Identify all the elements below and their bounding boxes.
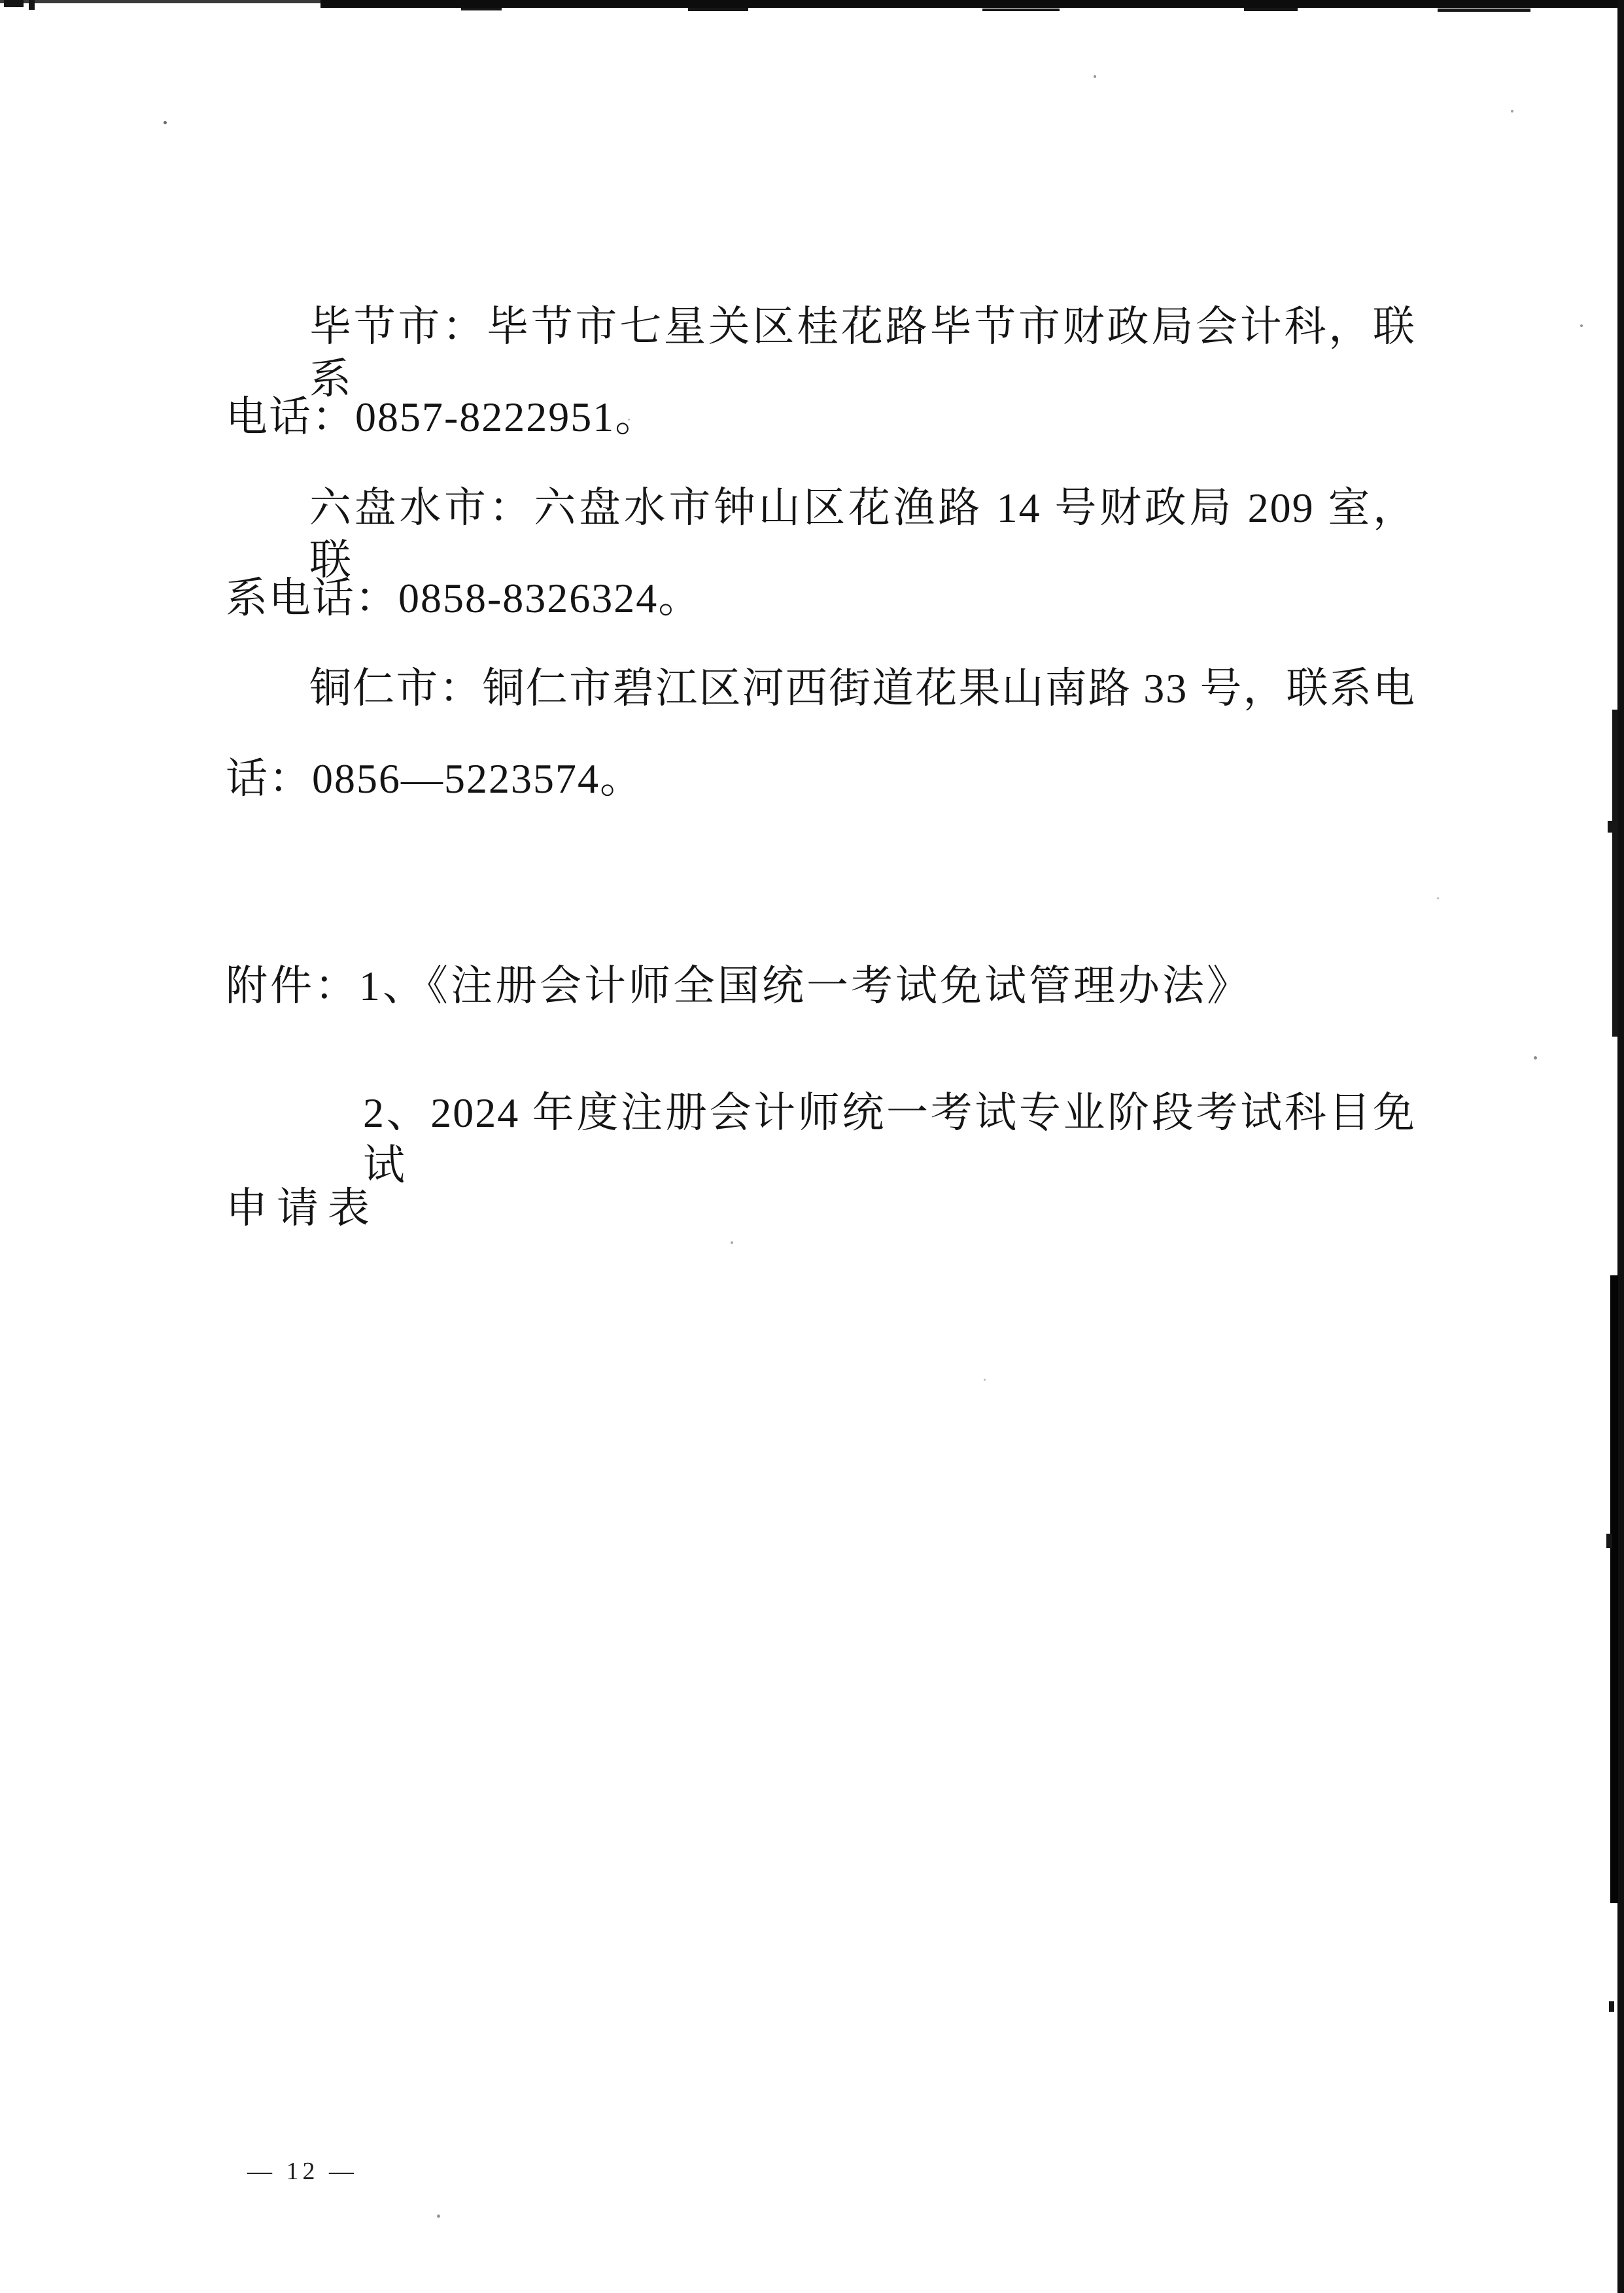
line-attachment-1: 附件：1、《注册会计师全国统一考试免试管理办法》	[226, 960, 1251, 1012]
scan-artifact-right-edge-tick	[1609, 2001, 1614, 2012]
scan-speck	[984, 1379, 986, 1381]
footer-page-number: — 12 —	[247, 2157, 358, 2186]
scan-artifact-top-notch	[688, 8, 748, 11]
scan-artifact-right-edge-blob	[1612, 710, 1618, 1037]
scan-artifact-top-notch	[461, 8, 502, 10]
scan-speck	[164, 121, 167, 124]
scan-artifact-top-notch	[1244, 8, 1298, 11]
scan-speck	[1437, 897, 1439, 899]
scan-artifact-top-notch	[982, 9, 1060, 11]
scan-artifact-top-left-mark	[4, 0, 24, 7]
scan-speck	[437, 2215, 440, 2218]
scan-artifact-right-edge-line	[1617, 0, 1624, 2293]
line-bijie-phone: 电话：0857-8222951。	[226, 391, 658, 443]
line-bijie-address: 毕节市：毕节市七星关区桂花路毕节市财政局会计科，联系	[226, 301, 1416, 405]
line-attachment-2-cont: 申请表	[226, 1182, 379, 1235]
scan-artifact-top-edge-thick	[320, 0, 1624, 8]
scan-speck	[731, 1241, 733, 1244]
line-liupanshui-phone: 系电话：0858-8326324。	[226, 572, 701, 625]
line-tongren-phone: 话：0856—5223574。	[226, 753, 643, 805]
scan-speck	[1094, 75, 1096, 78]
scan-speck	[1511, 110, 1513, 112]
scan-artifact-right-edge-blob	[1610, 1275, 1618, 1903]
line-tongren-address: 铜仁市：铜仁市碧江区河西街道花果山南路 33 号，联系电	[226, 663, 1416, 715]
scan-speck	[1580, 324, 1583, 327]
scan-artifact-top-notch	[1438, 9, 1530, 12]
line-attachment-2: 2、2024 年度注册会计师统一考试专业阶段考试科目免试	[363, 1087, 1416, 1192]
scan-artifact-right-edge-tick	[1606, 1534, 1612, 1548]
scan-artifact-right-edge-tick	[1608, 821, 1613, 833]
scan-artifact-top-left-mark	[29, 0, 35, 10]
scan-speck	[1534, 1056, 1537, 1060]
line-liupanshui-address: 六盘水市：六盘水市钟山区花渔路 14 号财政局 209 室，联	[226, 482, 1416, 587]
document-page: 毕节市：毕节市七星关区桂花路毕节市财政局会计科，联系 电话：0857-82229…	[0, 0, 1624, 2293]
